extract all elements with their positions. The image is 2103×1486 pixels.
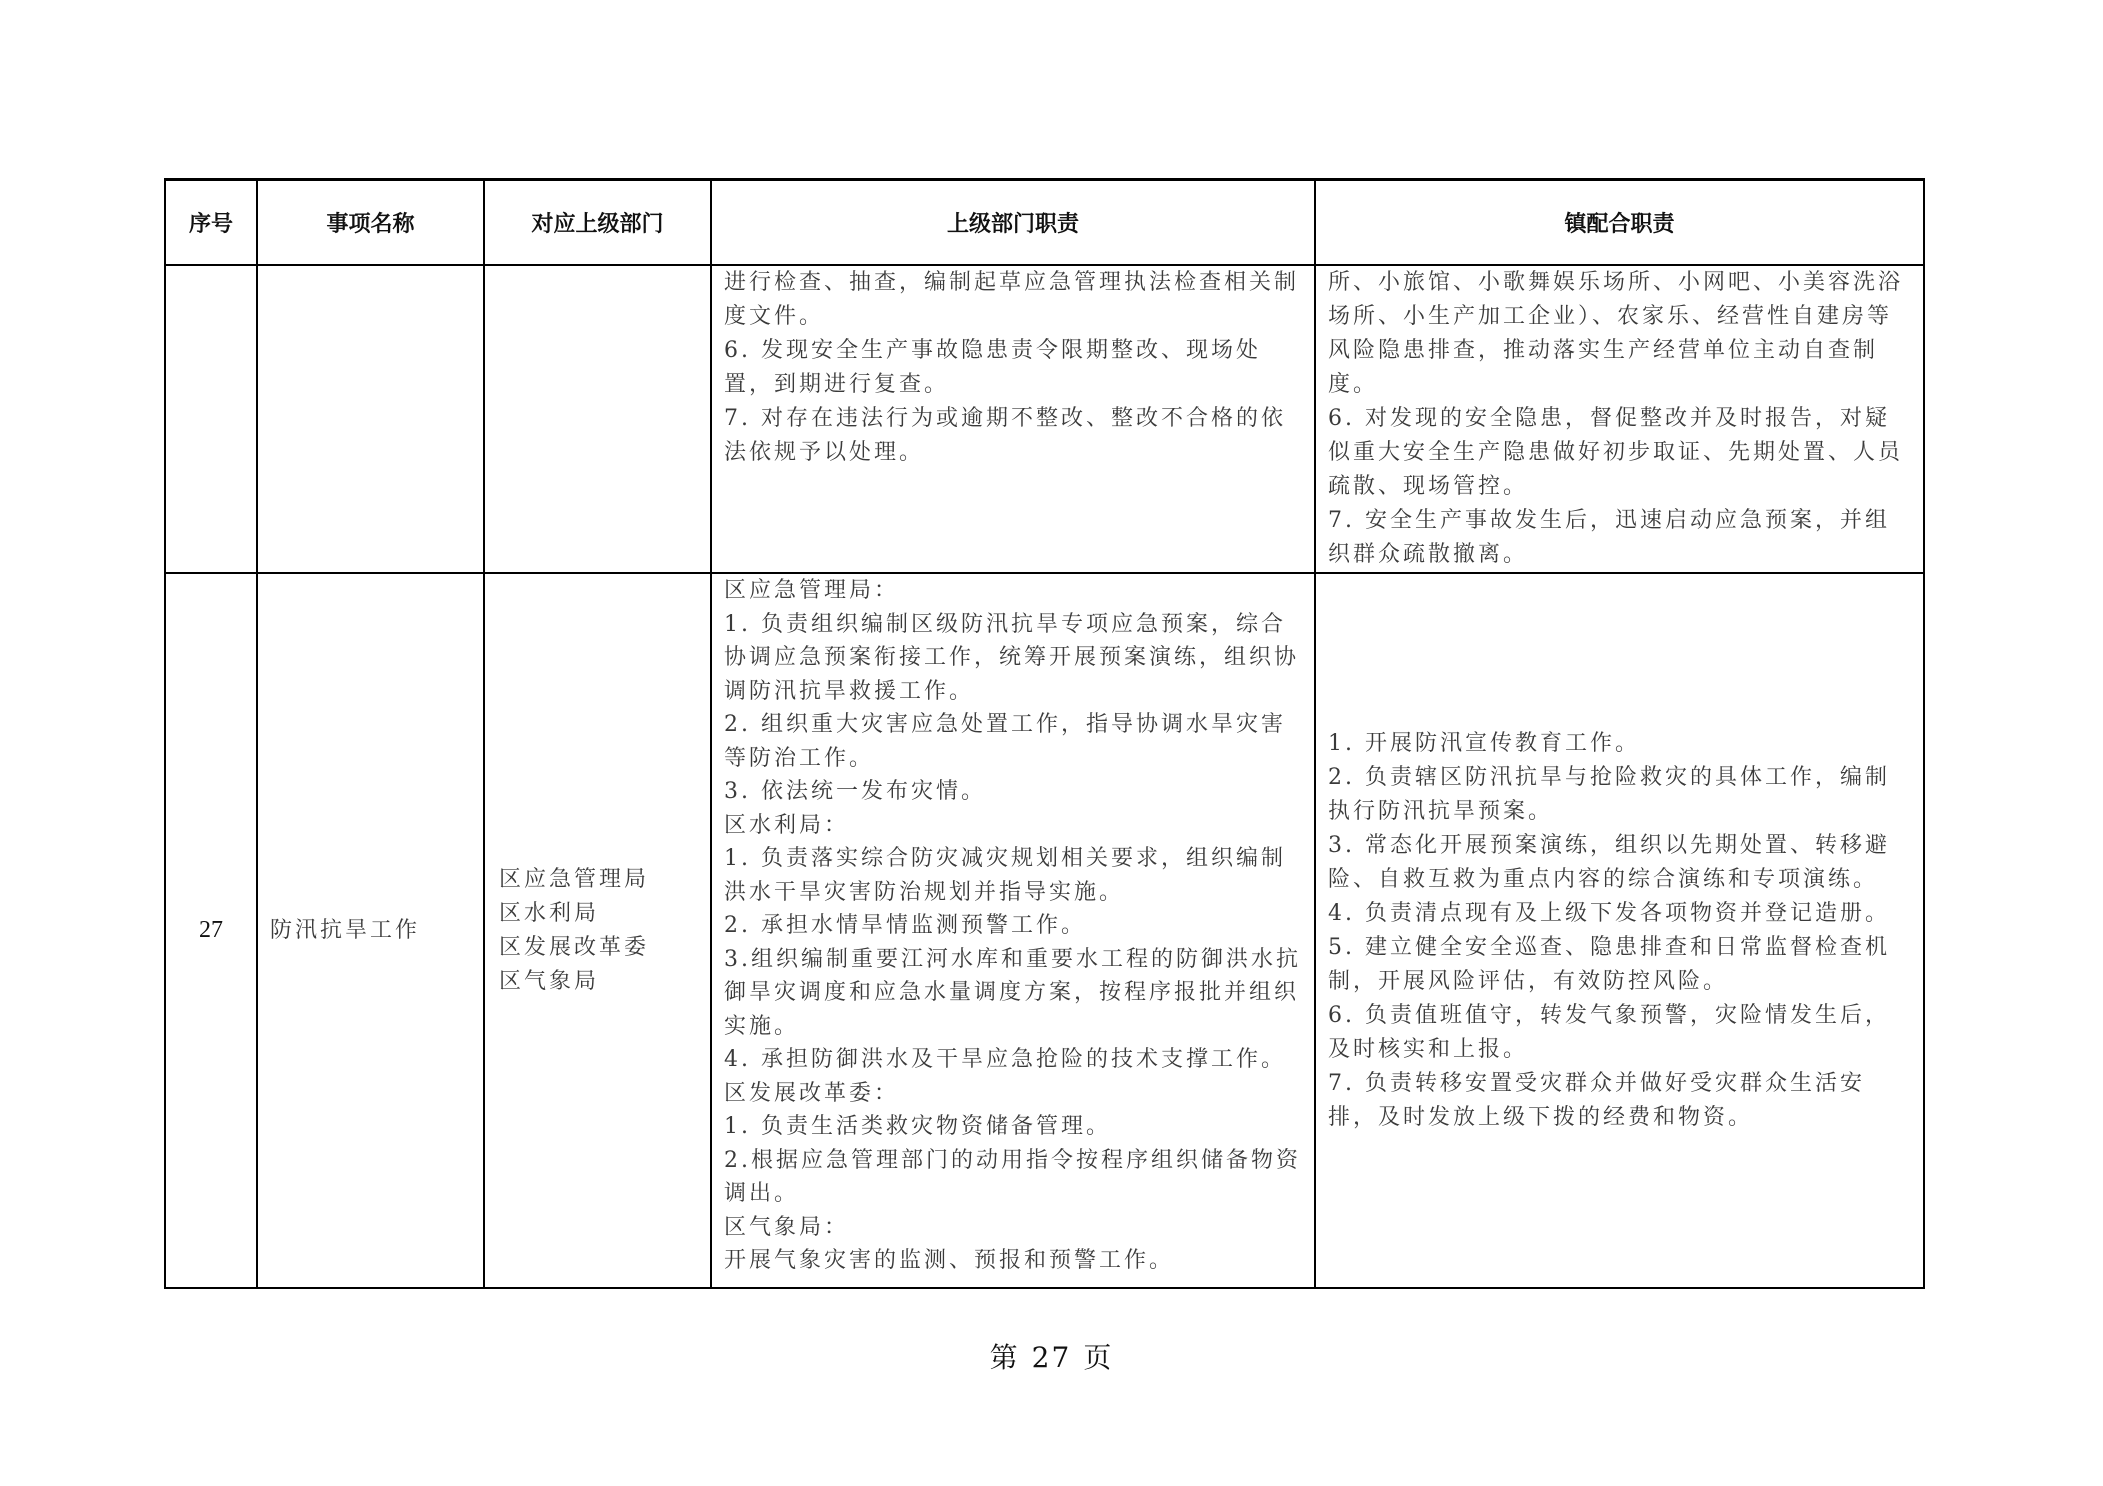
duty-line: 1. 负责生活类救灾物资储备管理。 [724, 1110, 1304, 1144]
duty-line: 所、小旅馆、小歌舞娱乐场所、小网吧、小美容洗浴场所、小生产加工企业）、农家乐、经… [1328, 266, 1913, 402]
page-footer: 第27页 [0, 1336, 2103, 1376]
header-item-name: 事项名称 [257, 180, 484, 266]
duty-line: 6. 对发现的安全隐患，督促整改并及时报告，对疑似重大安全生产隐患做好初步取证、… [1328, 402, 1913, 504]
page-label-prefix: 第 [990, 1341, 1020, 1374]
header-seq: 序号 [165, 180, 257, 266]
cell-upper-duties: 进行检查、抽查，编制起草应急管理执法检查相关制度文件。 6. 发现安全生产事故隐… [711, 265, 1315, 573]
duty-line: 6. 负责值班值守，转发气象预警，灾险情发生后，及时核实和上报。 [1328, 999, 1913, 1067]
department: 区发展改革委 [499, 931, 700, 965]
duty-line: 1. 负责组织编制区级防汛抗旱专项应急预案，综合协调应急预案衔接工作，统筹开展预… [724, 608, 1304, 709]
item-name: 防汛抗旱工作 [258, 914, 483, 948]
table-row-continued: 进行检查、抽查，编制起草应急管理执法检查相关制度文件。 6. 发现安全生产事故隐… [165, 265, 1924, 573]
duty-line: 7. 对存在违法行为或逾期不整改、整改不合格的依法依规予以处理。 [724, 402, 1304, 470]
dept-heading: 区水利局： [724, 809, 1304, 843]
duty-line: 1. 开展防汛宣传教育工作。 [1328, 727, 1913, 761]
duty-line: 3. 常态化开展预案演练，组织以先期处置、转移避险、自救互救为重点内容的综合演练… [1328, 829, 1913, 897]
dept-heading: 区应急管理局： [724, 574, 1304, 608]
header-upper-duties: 上级部门职责 [711, 180, 1315, 266]
duty-line: 7. 安全生产事故发生后，迅速启动应急预案，并组织群众疏散撤离。 [1328, 504, 1913, 572]
cell-town-duties: 1. 开展防汛宣传教育工作。 2. 负责辖区防汛抗旱与抢险救灾的具体工作，编制执… [1315, 573, 1924, 1288]
cell-seq: 27 [165, 573, 257, 1288]
table-row-27: 27 防汛抗旱工作 区应急管理局 区水利局 区发展改革委 区气象局 区应急管理局… [165, 573, 1924, 1288]
cell-item-name: 防汛抗旱工作 [257, 573, 484, 1288]
duty-line: 4. 承担防御洪水及干旱应急抢险的技术支撑工作。 [724, 1043, 1304, 1077]
dept-heading: 区发展改革委： [724, 1077, 1304, 1111]
duty-line: 2. 承担水情旱情监测预警工作。 [724, 909, 1304, 943]
duty-line: 1. 负责落实综合防灾减灾规划相关要求，组织编制洪水干旱灾害防治规划并指导实施。 [724, 842, 1304, 909]
cell-departments: 区应急管理局 区水利局 区发展改革委 区气象局 [484, 573, 711, 1288]
department: 区应急管理局 [499, 863, 700, 897]
duty-line: 2. 组织重大灾害应急处置工作，指导协调水旱灾害等防治工作。 [724, 708, 1304, 775]
cell-departments [484, 265, 711, 573]
duty-line: 5. 建立健全安全巡查、隐患排查和日常监督检查机制，开展风险评估，有效防控风险。 [1328, 931, 1913, 999]
duty-line: 7. 负责转移安置受灾群众并做好受灾群众生活安排，及时发放上级下拨的经费和物资。 [1328, 1067, 1913, 1135]
duty-line: 开展气象灾害的监测、预报和预警工作。 [724, 1244, 1304, 1278]
table-header-row: 序号 事项名称 对应上级部门 上级部门职责 镇配合职责 [165, 180, 1924, 266]
duty-line: 2. 负责辖区防汛抗旱与抢险救灾的具体工作，编制执行防汛抗旱预案。 [1328, 761, 1913, 829]
page-number: 27 [1032, 1341, 1072, 1374]
duty-line: 6. 发现安全生产事故隐患责令限期整改、现场处置，到期进行复查。 [724, 334, 1304, 402]
duty-line: 进行检查、抽查，编制起草应急管理执法检查相关制度文件。 [724, 266, 1304, 334]
cell-upper-duties: 区应急管理局： 1. 负责组织编制区级防汛抗旱专项应急预案，综合协调应急预案衔接… [711, 573, 1315, 1288]
duty-line: 3.组织编制重要江河水库和重要水工程的防御洪水抗御旱灾调度和应急水量调度方案，按… [724, 943, 1304, 1044]
duties-table: 序号 事项名称 对应上级部门 上级部门职责 镇配合职责 进行检查、抽查，编制起草… [164, 178, 1925, 1289]
department: 区气象局 [499, 965, 700, 999]
dept-heading: 区气象局： [724, 1211, 1304, 1245]
cell-town-duties: 所、小旅馆、小歌舞娱乐场所、小网吧、小美容洗浴场所、小生产加工企业）、农家乐、经… [1315, 265, 1924, 573]
duty-line: 4. 负责清点现有及上级下发各项物资并登记造册。 [1328, 897, 1913, 931]
department: 区水利局 [499, 897, 700, 931]
duty-line: 2.根据应急管理部门的动用指令按程序组织储备物资调出。 [724, 1144, 1304, 1211]
cell-item-name [257, 265, 484, 573]
duty-line: 3. 依法统一发布灾情。 [724, 775, 1304, 809]
header-upper-department: 对应上级部门 [484, 180, 711, 266]
cell-seq [165, 265, 257, 573]
page-label-suffix: 页 [1083, 1341, 1113, 1374]
header-town-duties: 镇配合职责 [1315, 180, 1924, 266]
